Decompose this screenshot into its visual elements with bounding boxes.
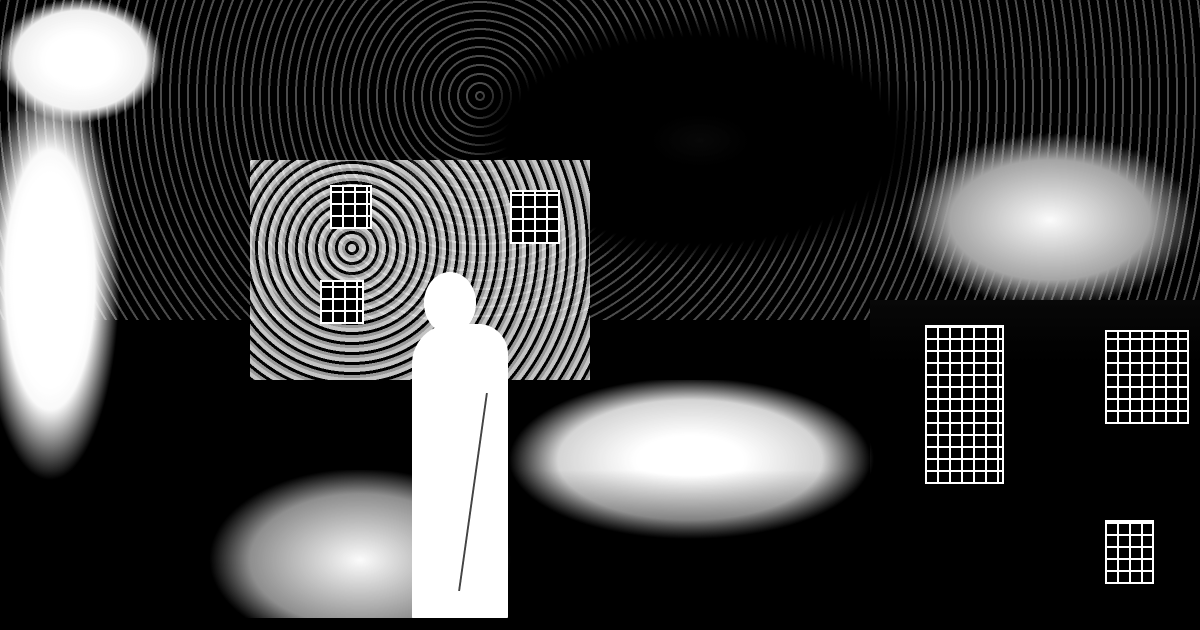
ivy-foliage [0, 0, 1200, 320]
ground [0, 470, 1200, 630]
photograph [0, 0, 1200, 630]
window [925, 325, 1004, 484]
window [1105, 520, 1154, 584]
window [320, 280, 364, 324]
window [1105, 330, 1189, 424]
bright-haze-left [0, 20, 160, 540]
window [510, 190, 560, 244]
window [330, 185, 372, 229]
film-edge [0, 618, 1200, 630]
standing-figure [412, 272, 512, 622]
